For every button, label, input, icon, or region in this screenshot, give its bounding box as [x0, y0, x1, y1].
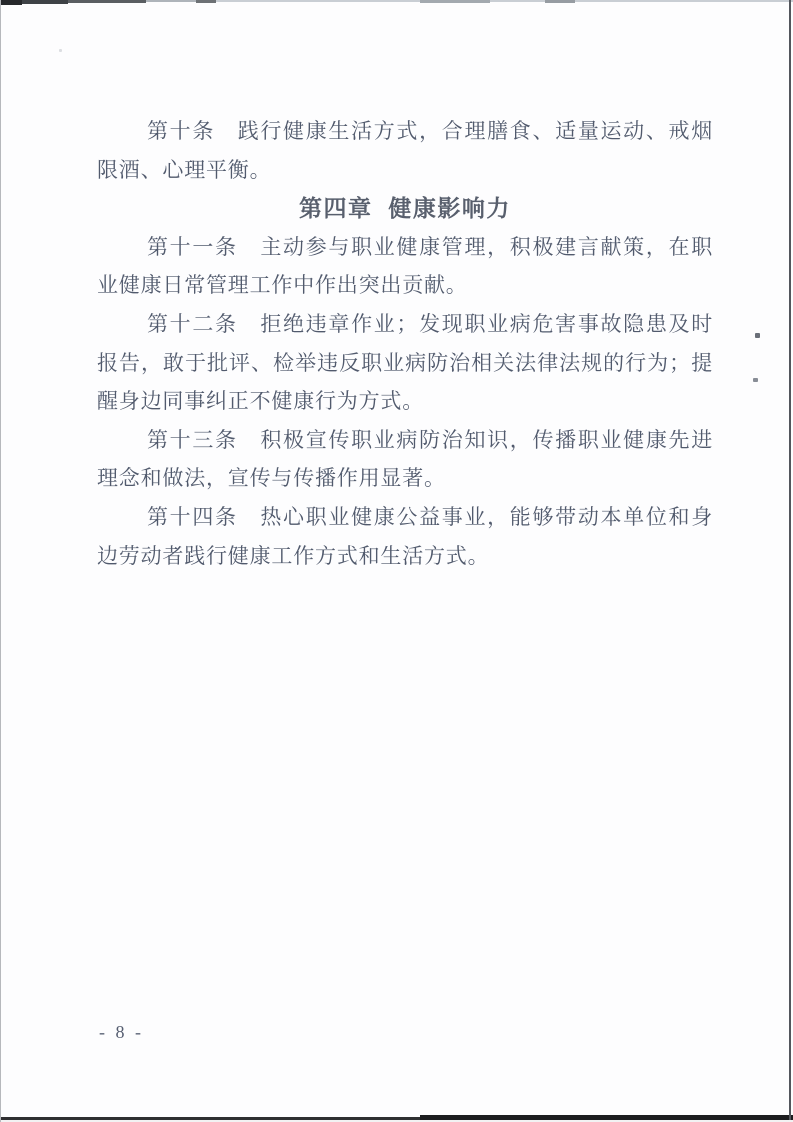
article-13-paragraph: 第十三条 积极宣传职业病防治知识，传播职业健康先进理念和做法，宣传与传播作用显著…	[97, 421, 713, 498]
document-text-block: 第十条 践行健康生活方式，合理膳食、适量运动、戒烟限酒、心理平衡。 第四章 健康…	[97, 112, 713, 575]
article-12-paragraph: 第十二条 拒绝违章作业；发现职业病危害事故隐患及时报告，敢于批评、检举违反职业病…	[97, 305, 713, 421]
scan-artifact-top-edge	[68, 0, 146, 3]
scan-speck	[755, 333, 760, 338]
scan-artifact-bottom-edge	[0, 1117, 420, 1120]
article-14-paragraph: 第十四条 热心职业健康公益事业，能够带动本单位和身边劳动者践行健康工作方式和生活…	[97, 498, 713, 575]
chapter-4-heading: 第四章 健康影响力	[97, 189, 713, 228]
page-number: - 8 -	[99, 1022, 144, 1043]
scan-speck	[753, 378, 758, 382]
scanned-document-page: 第十条 践行健康生活方式，合理膳食、适量运动、戒烟限酒、心理平衡。 第四章 健康…	[0, 0, 793, 1122]
scan-artifact-bottom-edge	[420, 1115, 793, 1120]
scan-artifact-top-edge	[545, 0, 575, 3]
scan-artifact-top-edge	[0, 0, 22, 5]
article-10-paragraph: 第十条 践行健康生活方式，合理膳食、适量运动、戒烟限酒、心理平衡。	[97, 112, 713, 189]
scan-speck	[59, 49, 62, 52]
scan-artifact-top-edge	[420, 0, 490, 3]
scan-artifact-top-edge	[146, 0, 196, 2]
article-11-paragraph: 第十一条 主动参与职业健康管理，积极建言献策，在职业健康日常管理工作中作出突出贡…	[97, 228, 713, 305]
scan-artifact-top-edge	[196, 0, 216, 3]
scan-artifact-top-edge	[22, 0, 68, 4]
scan-artifact-top-edge	[216, 0, 793, 2]
scan-artifact-right-edge	[789, 0, 791, 1120]
scan-artifact-left-edge	[0, 0, 1, 1122]
